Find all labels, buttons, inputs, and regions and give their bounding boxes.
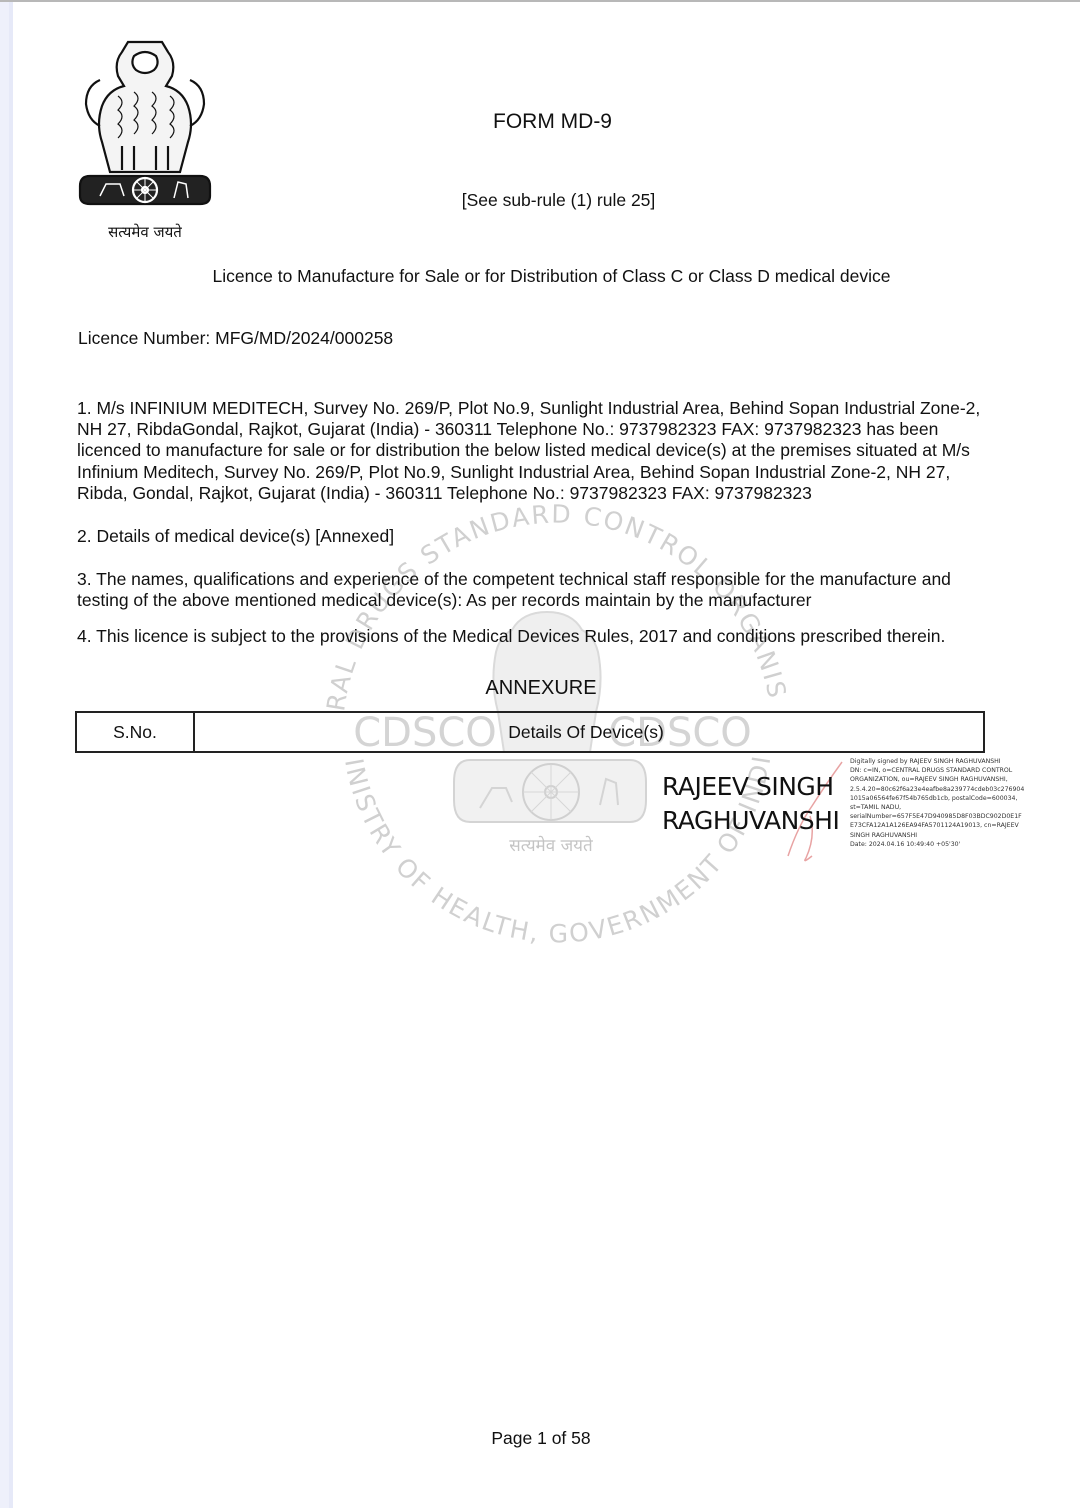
paragraph-line: Ribda, Gondal, Rajkot, Gujarat (India) -… xyxy=(77,483,1027,504)
paragraph-3-technical-staff: 3. The names, qualifications and experie… xyxy=(77,569,1027,611)
emblem-motto: सत्यमेव जयते xyxy=(60,222,230,242)
viewer-left-margin-edge xyxy=(9,0,13,1508)
page-top-border xyxy=(0,0,1080,2)
signature-detail-line: st=TAMIL NADU, xyxy=(850,803,1040,812)
column-header-label: Details Of Device(s) xyxy=(508,722,664,743)
page-number: Page 1 of 58 xyxy=(0,1428,1080,1449)
licence-heading: Licence to Manufacture for Sale or for D… xyxy=(0,266,1080,287)
signatory-name-line2: RAGHUVANSHI xyxy=(662,804,839,838)
paragraph-1-licensee: 1. M/s INFINIUM MEDITECH, Survey No. 269… xyxy=(77,398,1027,504)
paragraph-2-device-details: 2. Details of medical device(s) [Annexed… xyxy=(77,526,1027,547)
paragraph-line: 2. Details of medical device(s) [Annexed… xyxy=(77,526,1027,547)
digital-signature-details: Digitally signed by RAJEEV SINGH RAGHUVA… xyxy=(850,757,1040,849)
signature-detail-line: DN: c=IN, o=CENTRAL DRUGS STANDARD CONTR… xyxy=(850,766,1040,775)
signature-detail-line: 1015a06564fe67f54b765db1cb, postalCode=6… xyxy=(850,794,1040,803)
paragraph-line: licenced to manufacture for sale or for … xyxy=(77,440,1027,461)
paragraph-line: 3. The names, qualifications and experie… xyxy=(77,569,1027,590)
paragraph-4-conditions: 4. This licence is subject to the provis… xyxy=(77,626,1027,647)
paragraph-line: testing of the above mentioned medical d… xyxy=(77,590,1027,611)
column-header-sno: S.No. xyxy=(77,713,195,751)
signatory-name-line1: RAJEEV SINGH xyxy=(662,770,839,804)
signature-detail-line: ORGANIZATION, ou=RAJEEV SINGH RAGHUVANSH… xyxy=(850,775,1040,784)
form-title: FORM MD-9 xyxy=(0,111,1080,132)
signature-detail-line: SINGH RAGHUVANSHI xyxy=(850,831,1040,840)
signature-detail-line: Date: 2024.04.16 10:49:40 +05'30' xyxy=(850,840,1040,849)
column-header-device-details: Details Of Device(s) xyxy=(195,713,983,751)
signatory-name: RAJEEV SINGH RAGHUVANSHI xyxy=(662,770,839,838)
licence-number: Licence Number: MFG/MD/2024/000258 xyxy=(78,328,393,349)
annexure-title: ANNEXURE xyxy=(0,678,1080,699)
paragraph-line: NH 27, RibdaGondal, Rajkot, Gujarat (Ind… xyxy=(77,419,1027,440)
annexure-table-header: S.No. Details Of Device(s) xyxy=(75,711,985,753)
paragraph-line: Infinium Meditech, Survey No. 269/P, Plo… xyxy=(77,462,1027,483)
paragraph-line: 4. This licence is subject to the provis… xyxy=(77,626,1027,647)
signature-detail-line: serialNumber=657F5E47D940985D8F03BDC902D… xyxy=(850,812,1040,821)
svg-text:सत्यमेव जयते: सत्यमेव जयते xyxy=(509,835,593,856)
signature-detail-line: E73CFA12A1A126EA94FA5701124A19013, cn=RA… xyxy=(850,821,1040,830)
signature-detail-line: Digitally signed by RAJEEV SINGH RAGHUVA… xyxy=(850,757,1040,766)
paragraph-line: 1. M/s INFINIUM MEDITECH, Survey No. 269… xyxy=(77,398,1027,419)
sub-rule-reference: [See sub-rule (1) rule 25] xyxy=(0,190,1080,211)
signature-detail-line: 2.5.4.20=80c62f6a23e4eafbe8a239774cdeb03… xyxy=(850,785,1040,794)
